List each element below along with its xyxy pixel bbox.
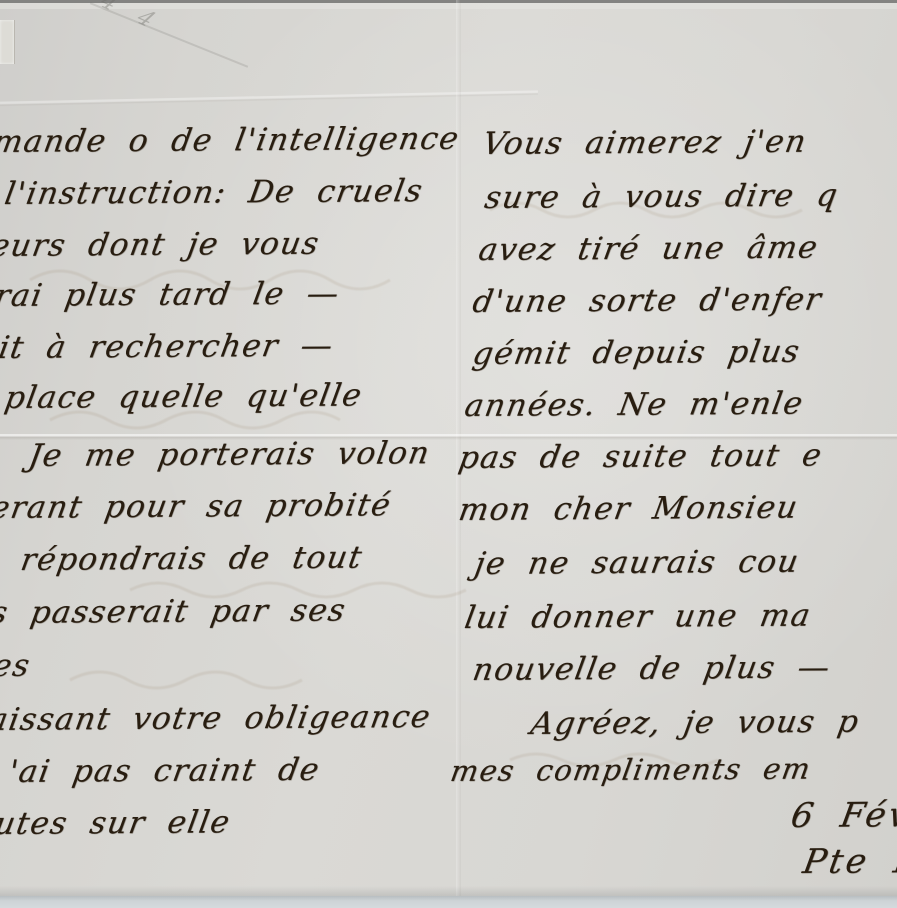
handwritten-line: avez tiré une âme — [476, 230, 821, 268]
handwritten-line: mande o de l'intelligence — [0, 121, 462, 160]
handwritten-line: place quelle qu'elle — [2, 378, 365, 416]
handwritten-line: pas de suite tout e — [456, 437, 825, 476]
handwritten-line: eurs dont je vous — [0, 226, 323, 264]
handwritten-line: aissant votre obligeance — [0, 699, 434, 738]
handwritten-line: it à rechercher — — [0, 328, 337, 366]
letter-photograph: 44 mande o de l'intelligence l'instructi… — [0, 0, 897, 908]
handwritten-line: utes sur elle — [0, 804, 233, 842]
handwritten-line: mon cher Monsieu — [456, 490, 801, 528]
handwritten-line: l'instruction: De cruels — [2, 173, 426, 212]
handwritten-line: sure à vous dire q — [482, 178, 841, 216]
handwritten-line: Vous aimerez j'en — [480, 124, 810, 162]
handwritten-line: rai plus tard le — — [0, 276, 343, 314]
handwritten-line: gémit depuis plus — [470, 334, 803, 372]
handwritten-line: Je me porterais volon — [26, 435, 433, 474]
handwritten-line: nouvelle de plus — — [470, 650, 834, 688]
handwritten-line: je ne saurais cou — [472, 544, 802, 582]
signature: Pte B — [800, 841, 897, 882]
handwritten-line: Agréez, je vous p — [528, 704, 862, 742]
edge-sticker — [0, 20, 15, 64]
handwritten-line: lui donner une ma — [462, 598, 814, 636]
date-line: 6 Fév — [788, 795, 897, 836]
handwritten-line: répondrais de tout — [18, 540, 366, 578]
handwritten-line: erant pour sa probité — [0, 487, 394, 526]
handwritten-line: années. Ne m'enle — [462, 386, 807, 424]
paper-bottom-shadow — [0, 886, 897, 896]
handwritten-line: mes compliments em — [448, 751, 814, 788]
pencil-stroke — [90, 2, 248, 68]
paper-bottom-edge — [0, 896, 897, 908]
handwritten-line: s passerait par ses — [0, 593, 349, 631]
handwritten-line: d'une sorte d'enfer — [470, 282, 825, 320]
handwritten-line: 'ai pas craint de — [6, 752, 323, 790]
